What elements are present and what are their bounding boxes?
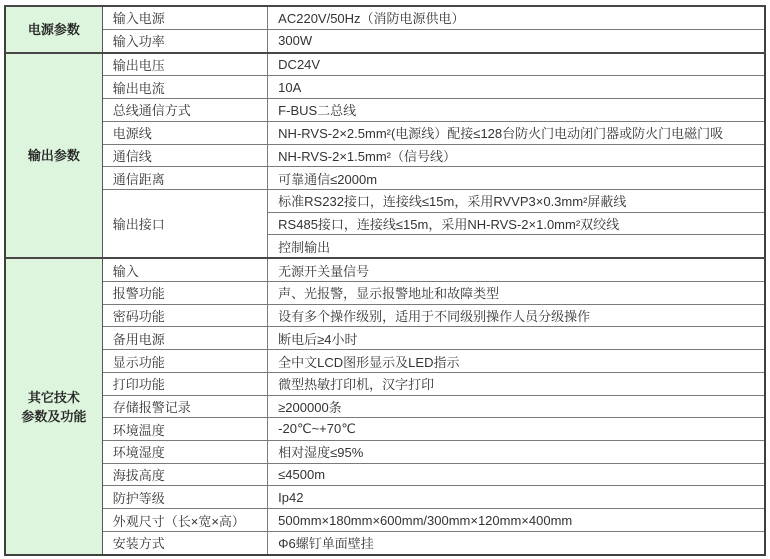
spec-label: 显示功能: [102, 350, 267, 373]
spec-label: 环境温度: [102, 418, 267, 441]
spec-table: 电源参数 输入电源 AC220V/50Hz（消防电源供电） 输入功率 300W …: [4, 5, 766, 556]
table-row: 报警功能 声、光报警，显示报警地址和故障类型: [5, 282, 765, 305]
table-row: 电源参数 输入电源 AC220V/50Hz（消防电源供电）: [5, 6, 765, 29]
spec-value: AC220V/50Hz（消防电源供电）: [268, 6, 765, 29]
table-row: 输出参数 输出电压 DC24V: [5, 53, 765, 76]
spec-label: 输出电流: [102, 76, 267, 99]
spec-value: 声、光报警，显示报警地址和故障类型: [268, 282, 765, 305]
table-row: 输入功率 300W: [5, 29, 765, 52]
spec-value: F-BUS二总线: [268, 99, 765, 122]
spec-value: 断电后≥4小时: [268, 327, 765, 350]
spec-label: 外观尺寸（长×宽×高）: [102, 509, 267, 532]
spec-value: NH-RVS-2×1.5mm²（信号线）: [268, 144, 765, 167]
spec-value: 相对湿度≤95%: [268, 441, 765, 464]
spec-value: 控制输出: [268, 235, 765, 258]
spec-value: RS485接口，连接线≤15m，采用NH-RVS-2×1.0mm²双绞线: [268, 212, 765, 235]
table-row: 其它技术 参数及功能 输入 无源开关量信号: [5, 258, 765, 281]
spec-value: ≤4500m: [268, 463, 765, 486]
table-row: 防护等级 Ip42: [5, 486, 765, 509]
spec-value: 全中文LCD图形显示及LED指示: [268, 350, 765, 373]
spec-label: 输出接口: [102, 189, 267, 258]
table-row: 输出电流 10A: [5, 76, 765, 99]
spec-label: 备用电源: [102, 327, 267, 350]
spec-value: Ip42: [268, 486, 765, 509]
spec-value: DC24V: [268, 53, 765, 76]
spec-label: 防护等级: [102, 486, 267, 509]
spec-value: -20℃~+70℃: [268, 418, 765, 441]
table-row: 通信距离 可靠通信≤2000m: [5, 167, 765, 190]
table-row: 备用电源 断电后≥4小时: [5, 327, 765, 350]
spec-label: 打印功能: [102, 372, 267, 395]
table-row: 海拔高度 ≤4500m: [5, 463, 765, 486]
table-row: 显示功能 全中文LCD图形显示及LED指示: [5, 350, 765, 373]
table-row: 安装方式 Φ6螺钉单面壁挂: [5, 531, 765, 555]
spec-label: 存储报警记录: [102, 395, 267, 418]
spec-label: 通信线: [102, 144, 267, 167]
spec-value: ≥200000条: [268, 395, 765, 418]
spec-value: 微型热敏打印机，汉字打印: [268, 372, 765, 395]
spec-value: 标准RS232接口，连接线≤15m，采用RVVP3×0.3mm²屏蔽线: [268, 189, 765, 212]
table-row: 通信线 NH-RVS-2×1.5mm²（信号线）: [5, 144, 765, 167]
spec-value: NH-RVS-2×2.5mm²(电源线）配接≤128台防火门电动闭门器或防火门电…: [268, 121, 765, 144]
spec-label: 环境湿度: [102, 441, 267, 464]
spec-value: 设有多个操作级别，适用于不同级别操作人员分级操作: [268, 304, 765, 327]
spec-label: 安装方式: [102, 531, 267, 555]
spec-label: 电源线: [102, 121, 267, 144]
section-header-output-params: 输出参数: [5, 53, 102, 259]
spec-label: 输入电源: [102, 6, 267, 29]
spec-value: 10A: [268, 76, 765, 99]
spec-label: 总线通信方式: [102, 99, 267, 122]
table-row: 存储报警记录 ≥200000条: [5, 395, 765, 418]
spec-label: 报警功能: [102, 282, 267, 305]
spec-value: 500mm×180mm×600mm/300mm×120mm×400mm: [268, 509, 765, 532]
spec-value: 可靠通信≤2000m: [268, 167, 765, 190]
spec-label: 输入功率: [102, 29, 267, 52]
table-row: 密码功能 设有多个操作级别，适用于不同级别操作人员分级操作: [5, 304, 765, 327]
spec-label: 输出电压: [102, 53, 267, 76]
table-row: 环境湿度 相对湿度≤95%: [5, 441, 765, 464]
section-header-power-params: 电源参数: [5, 6, 102, 53]
spec-label: 通信距离: [102, 167, 267, 190]
spec-label: 输入: [102, 258, 267, 281]
table-row: 外观尺寸（长×宽×高） 500mm×180mm×600mm/300mm×120m…: [5, 509, 765, 532]
table-row: 电源线 NH-RVS-2×2.5mm²(电源线）配接≤128台防火门电动闭门器或…: [5, 121, 765, 144]
spec-label: 海拔高度: [102, 463, 267, 486]
spec-value: Φ6螺钉单面壁挂: [268, 531, 765, 555]
spec-value: 无源开关量信号: [268, 258, 765, 281]
table-row: 输出接口 标准RS232接口，连接线≤15m，采用RVVP3×0.3mm²屏蔽线: [5, 189, 765, 212]
spec-label: 密码功能: [102, 304, 267, 327]
table-row: 总线通信方式 F-BUS二总线: [5, 99, 765, 122]
table-row: 打印功能 微型热敏打印机，汉字打印: [5, 372, 765, 395]
section-header-other-params: 其它技术 参数及功能: [5, 258, 102, 555]
table-row: 环境温度 -20℃~+70℃: [5, 418, 765, 441]
spec-value: 300W: [268, 29, 765, 52]
